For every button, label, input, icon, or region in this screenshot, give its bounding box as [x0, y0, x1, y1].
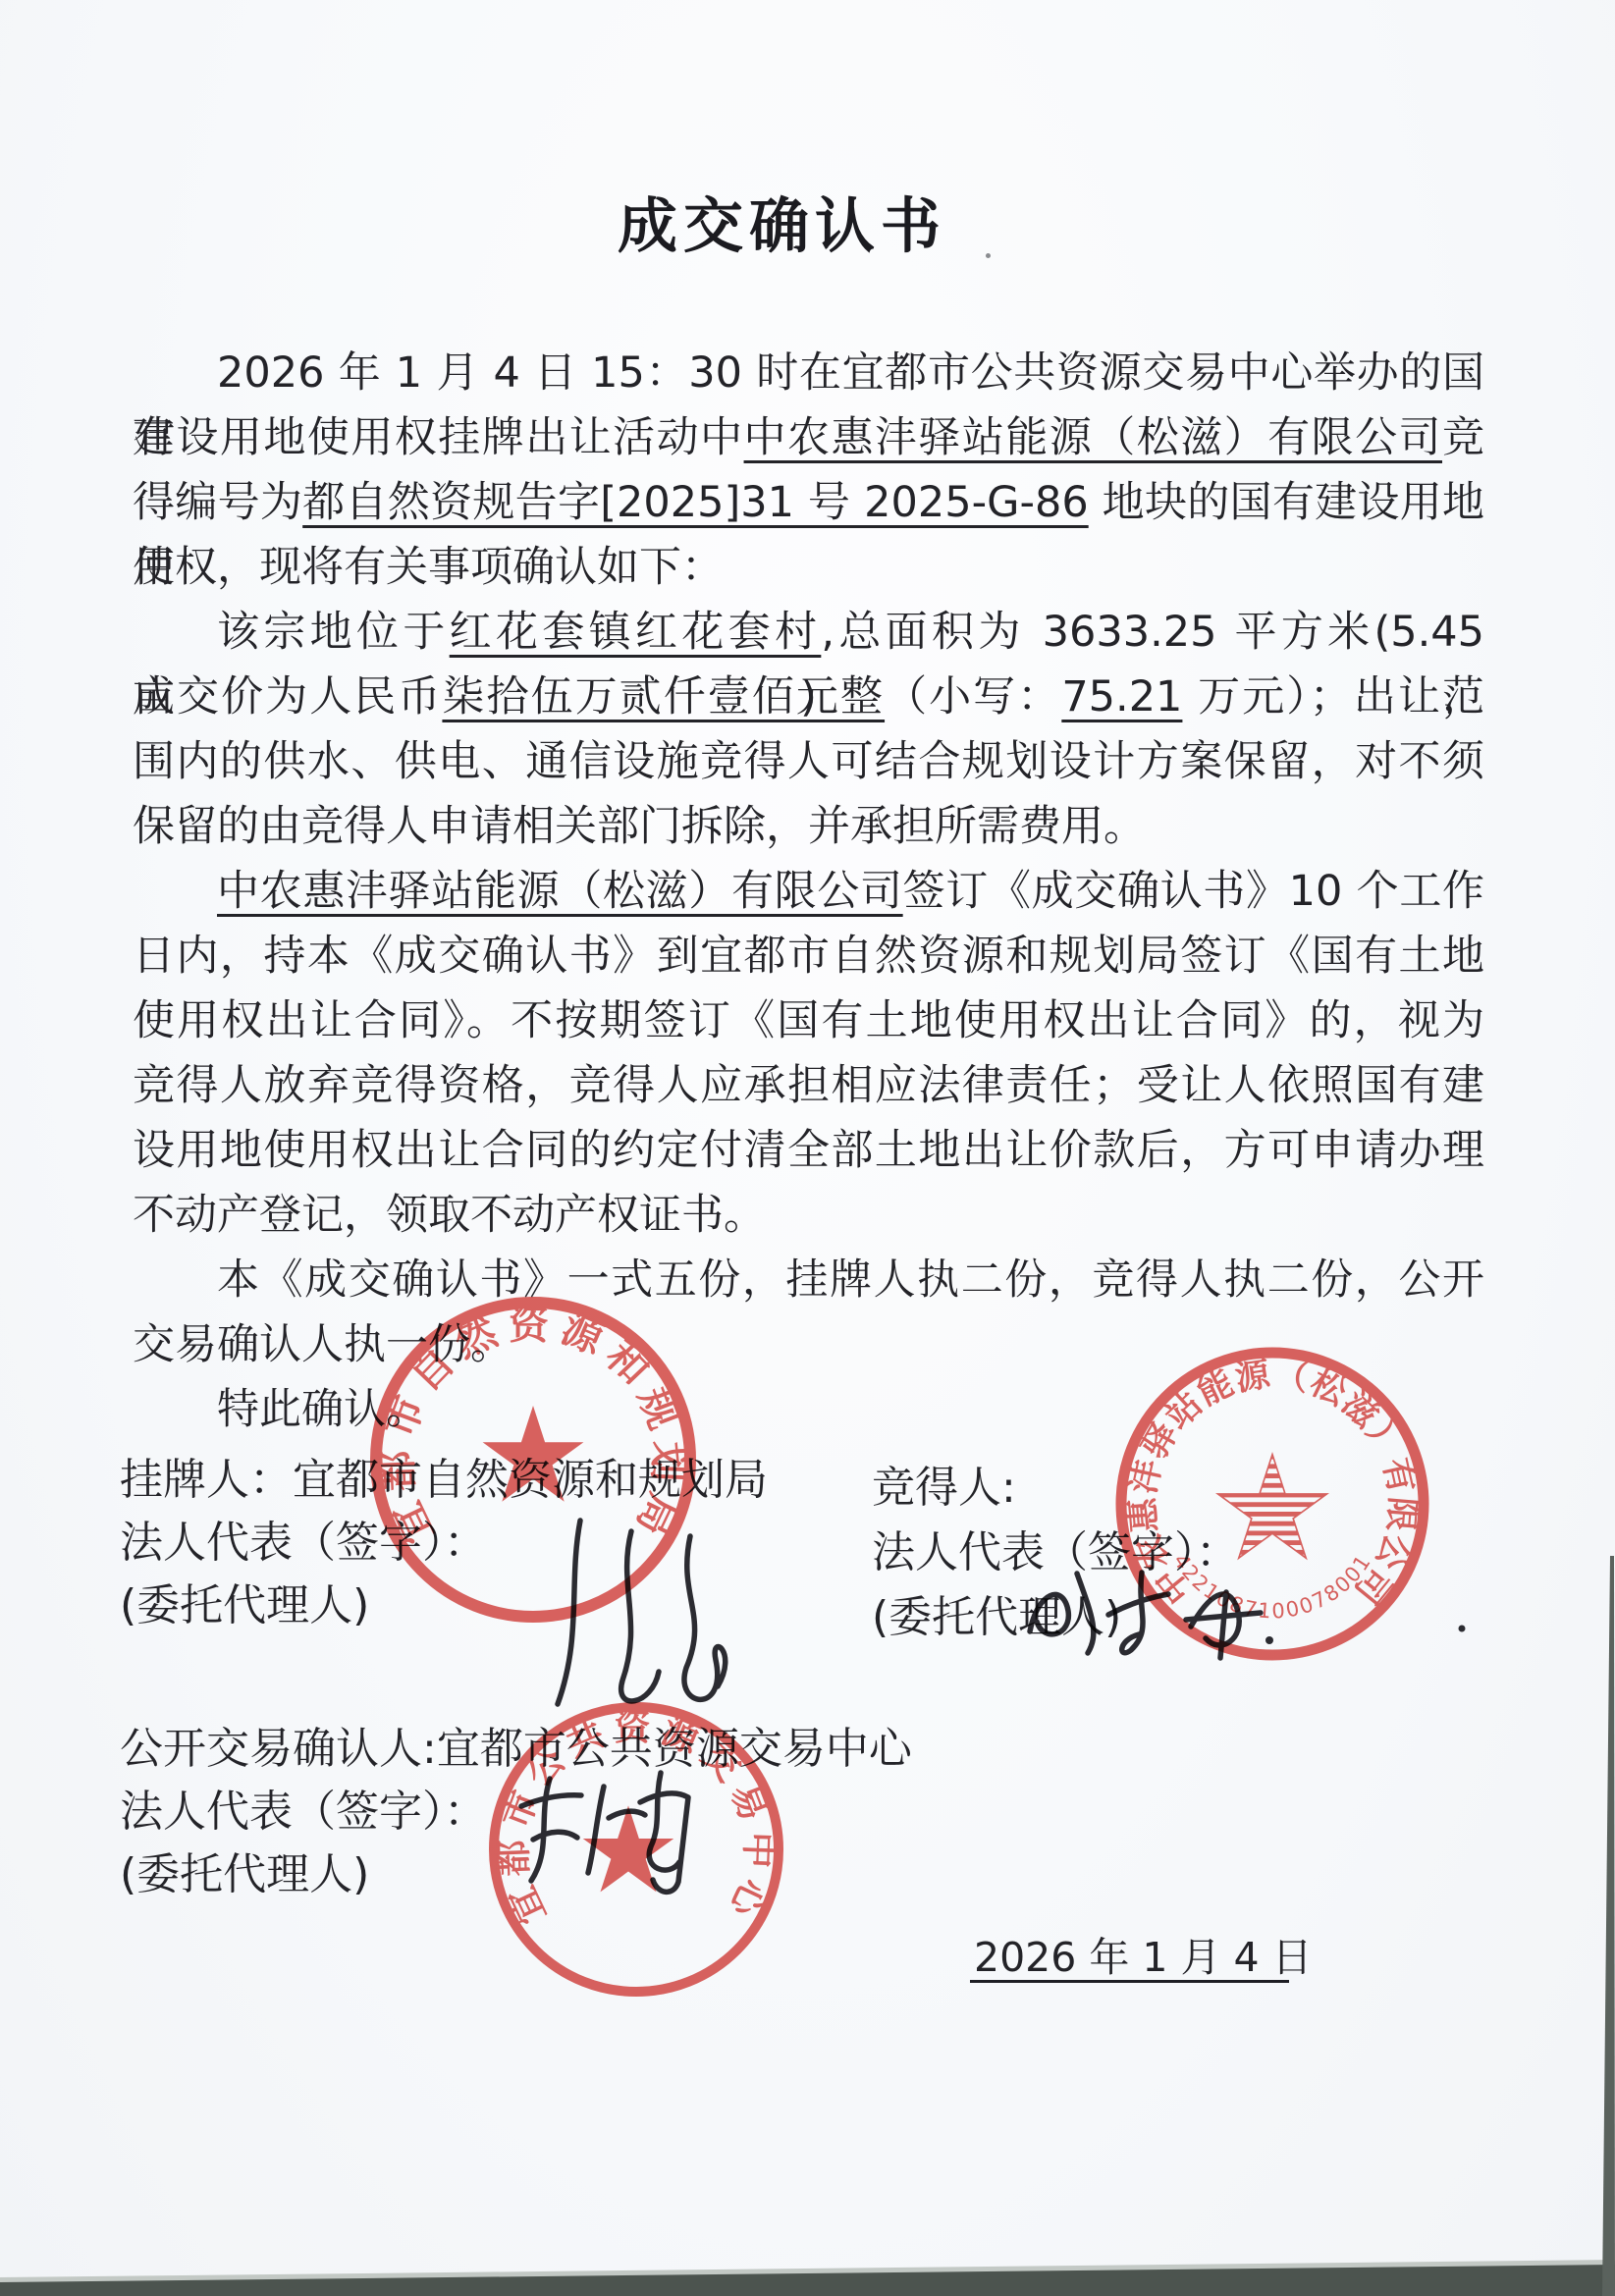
scanner-right-edge	[1602, 1556, 1615, 2296]
scan-artifacts-layer	[0, 0, 1615, 2296]
scan-speck	[986, 253, 991, 258]
scanned-document-page: 成交确认书 2026 年 1 月 4 日 15：30 时在宜都市公共资源交易中心…	[0, 0, 1615, 2296]
